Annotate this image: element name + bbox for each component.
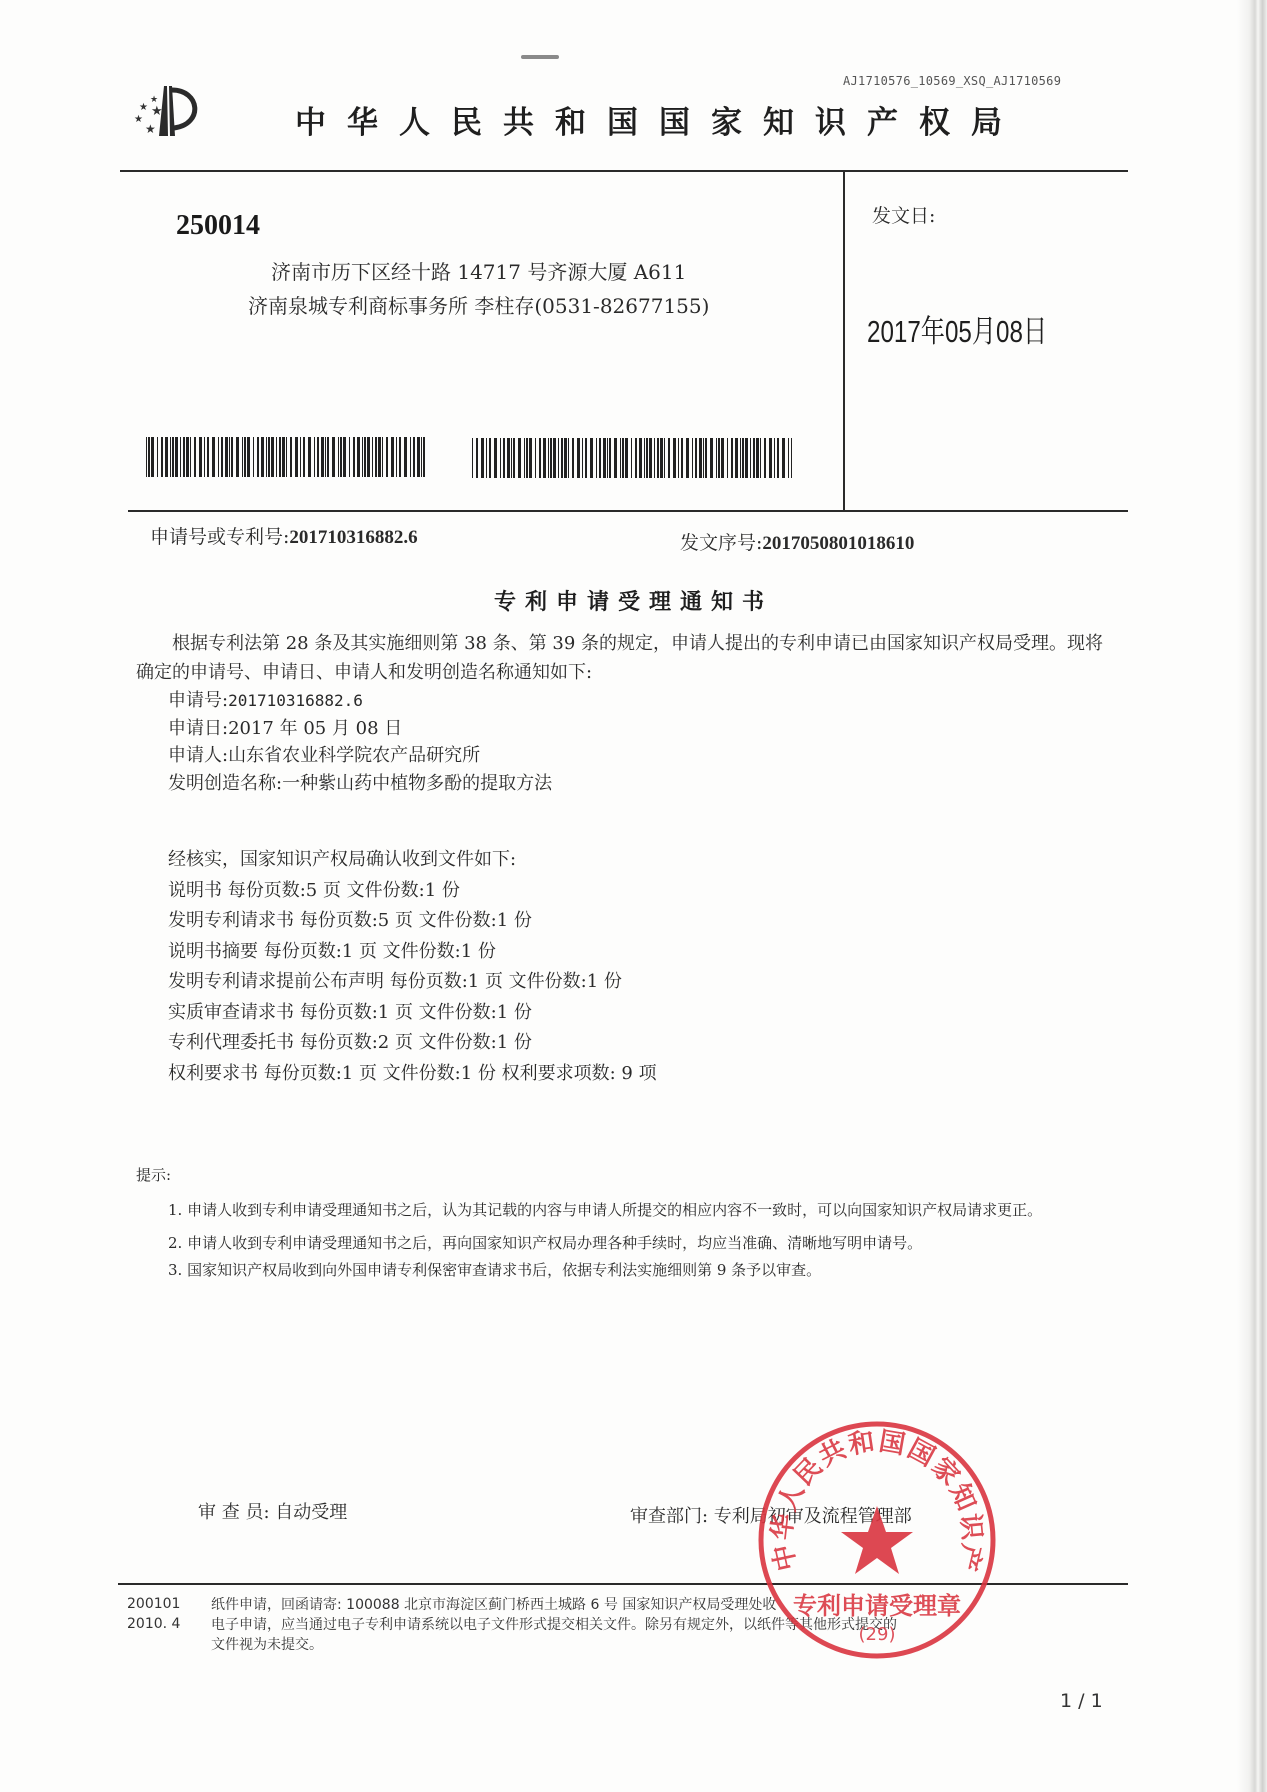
recipient-address: 济南市历下区经十路 14717 号齐源大厦 A611 bbox=[271, 256, 686, 285]
header-divider bbox=[120, 170, 1128, 172]
application-number-row: 申请号或专利号:201710316882.6 bbox=[150, 522, 418, 549]
issue-date: 2017年05月08日 bbox=[867, 306, 1047, 351]
tip-item: 3. 国家知识产权局收到向外国申请专利保密审查请求书后，依据专利法实施细则第 9… bbox=[136, 1257, 1116, 1284]
cnipa-logo-icon: ★ ★ ★ ★ ★ bbox=[112, 84, 202, 136]
field-application-number: 申请号:201710316882.6 bbox=[168, 687, 552, 715]
barcode-right bbox=[472, 438, 792, 478]
examiner: 审 查 员: 自动受理 bbox=[198, 1498, 347, 1524]
barcode-left bbox=[146, 437, 426, 477]
svg-text:(29): (29) bbox=[859, 1624, 896, 1645]
field-applicant: 申请人:山东省农业科学院农产品研究所 bbox=[168, 742, 552, 770]
date-column-divider bbox=[843, 170, 845, 512]
document-item: 权利要求书 每份页数:1 页 文件份数:1 份 权利要求项数: 9 项 bbox=[168, 1059, 657, 1090]
tips-label: 提示: bbox=[136, 1162, 1116, 1189]
svg-text:★: ★ bbox=[151, 104, 163, 119]
barcode-divider bbox=[128, 510, 1128, 512]
staple-mark bbox=[521, 55, 559, 59]
received-intro: 经核实，国家知识产权局确认收到文件如下: bbox=[168, 845, 657, 876]
field-filing-date: 申请日:2017 年 05 月 08 日 bbox=[168, 715, 552, 743]
recipient-agency: 济南泉城专利商标事务所 李柱存(0531-82677155) bbox=[248, 290, 709, 319]
agency-name: 中华人民共和国国家知识产权局 bbox=[295, 97, 1023, 142]
tip-item: 1. 申请人收到专利申请受理通知书之后，认为其记载的内容与申请人所提交的相应内容… bbox=[136, 1197, 1116, 1224]
document-item: 发明专利请求书 每份页数:5 页 文件份数:1 份 bbox=[168, 906, 657, 937]
application-number-label: 申请号或专利号: bbox=[150, 526, 289, 548]
document-item: 说明书 每份页数:5 页 文件份数:1 份 bbox=[168, 876, 657, 907]
svg-text:专利申请受理章: 专利申请受理章 bbox=[793, 1592, 961, 1620]
notice-intro: 根据专利法第 28 条及其实施细则第 38 条、第 39 条的规定，申请人提出的… bbox=[136, 629, 1116, 687]
application-number: 201710316882.6 bbox=[289, 527, 417, 548]
official-seal-icon: 中华人民共和国国家知识产权局 专利申请受理章 (29) bbox=[755, 1418, 1000, 1663]
svg-text:★: ★ bbox=[145, 122, 156, 136]
svg-text:★: ★ bbox=[139, 102, 148, 113]
notice-title: 专利申请受理通知书 bbox=[0, 585, 1267, 616]
document-code: AJ1710576_10569_XSQ_AJ1710569 bbox=[843, 74, 1061, 88]
tips-section: 提示: 1. 申请人收到专利申请受理通知书之后，认为其记载的内容与申请人所提交的… bbox=[136, 1162, 1116, 1284]
field-invention-title: 发明创造名称:一种紫山药中植物多酚的提取方法 bbox=[168, 770, 552, 798]
scanned-page-edge bbox=[1237, 0, 1267, 1792]
document-item: 发明专利请求提前公布声明 每份页数:1 页 文件份数:1 份 bbox=[168, 967, 657, 998]
received-documents: 经核实，国家知识产权局确认收到文件如下: 说明书 每份页数:5 页 文件份数:1… bbox=[168, 845, 657, 1089]
sequence-number-label: 发文序号: bbox=[680, 532, 762, 554]
page-number: 1 / 1 bbox=[1060, 1690, 1103, 1712]
postal-code: 250014 bbox=[176, 210, 260, 242]
document-item: 专利代理委托书 每份页数:2 页 文件份数:1 份 bbox=[168, 1028, 657, 1059]
sequence-number: 2017050801018610 bbox=[762, 533, 914, 554]
form-code: 200101 2010. 4 bbox=[127, 1594, 180, 1634]
svg-text:★: ★ bbox=[134, 114, 143, 125]
document-item: 说明书摘要 每份页数:1 页 文件份数:1 份 bbox=[168, 937, 657, 968]
application-fields: 申请号:201710316882.6 申请日:2017 年 05 月 08 日 … bbox=[168, 687, 552, 797]
sequence-number-row: 发文序号:2017050801018610 bbox=[680, 528, 914, 555]
document-item: 实质审查请求书 每份页数:1 页 文件份数:1 份 bbox=[168, 998, 657, 1029]
issue-date-label: 发文日: bbox=[872, 201, 935, 228]
tip-item: 2. 申请人收到专利申请受理通知书之后，再向国家知识产权局办理各种手续时，均应当… bbox=[136, 1230, 1116, 1257]
